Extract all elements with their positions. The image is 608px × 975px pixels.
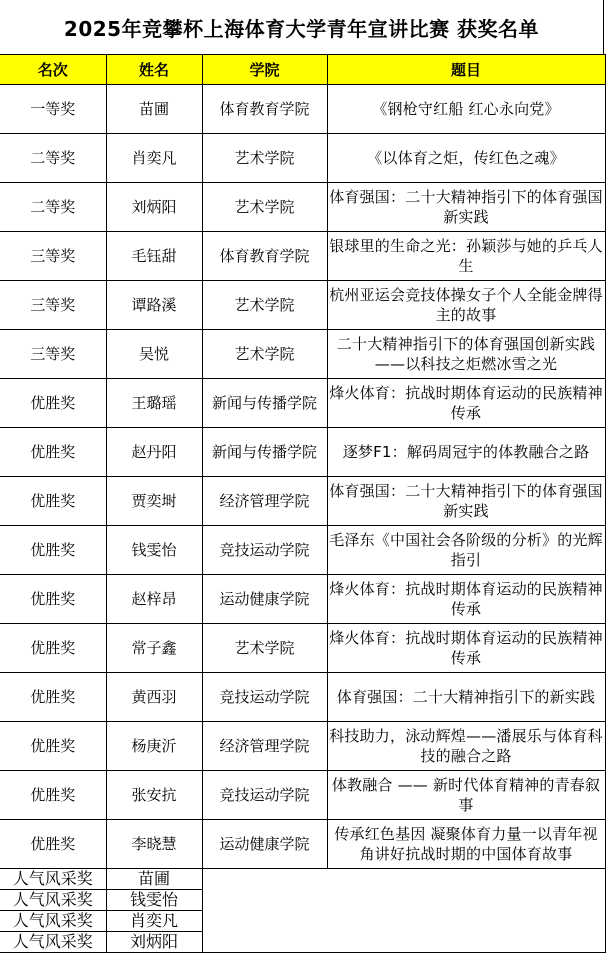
awards-table: 名次 姓名 学院 题目 一等奖 苗圃 体育教育学院 《钢枪守红船 红心永向党》 … xyxy=(0,54,606,953)
table-row: 优胜奖 贾奕埘 经济管理学院 体育强国：二十大精神指引下的体育强国新实践 xyxy=(0,477,605,526)
college-cell: 艺术学院 xyxy=(202,281,327,330)
topic-cell: 二十大精神指引下的体育强国创新实践——以科技之炬燃冰雪之光 xyxy=(327,330,605,379)
table-row: 二等奖 肖奕凡 艺术学院 《以体育之炬，传红色之魂》 xyxy=(0,134,605,183)
topic-cell: 体育强国：二十大精神指引下的体育强国新实践 xyxy=(327,183,605,232)
topic-cell: 《钢枪守红船 红心永向党》 xyxy=(327,85,605,134)
table-row: 优胜奖 赵丹阳 新闻与传播学院 逐梦F1：解码周冠宇的体教融合之路 xyxy=(0,428,605,477)
college-cell: 经济管理学院 xyxy=(202,477,327,526)
college-cell: 运动健康学院 xyxy=(202,820,327,869)
topic-cell: 烽火体育：抗战时期体育运动的民族精神传承 xyxy=(327,624,605,673)
empty-merged-cell xyxy=(202,869,605,953)
college-cell: 体育教育学院 xyxy=(202,85,327,134)
topic-cell: 体育强国：二十大精神指引下的体育强国新实践 xyxy=(327,477,605,526)
table-row: 优胜奖 赵梓昂 运动健康学院 烽火体育：抗战时期体育运动的民族精神传承 xyxy=(0,575,605,624)
table-row: 三等奖 谭路溪 艺术学院 杭州亚运会竞技体操女子个人全能金牌得主的故事 xyxy=(0,281,605,330)
college-cell: 体育教育学院 xyxy=(202,232,327,281)
topic-cell: 《以体育之炬，传红色之魂》 xyxy=(327,134,605,183)
column-header-college: 学院 xyxy=(202,55,327,85)
topic-cell: 体教融合 —— 新时代体育精神的青春叙事 xyxy=(327,771,605,820)
topic-cell: 烽火体育：抗战时期体育运动的民族精神传承 xyxy=(327,379,605,428)
name-cell: 肖奕凡 xyxy=(106,134,202,183)
college-cell: 艺术学院 xyxy=(202,624,327,673)
name-cell: 常子鑫 xyxy=(106,624,202,673)
name-cell: 钱雯怡 xyxy=(106,526,202,575)
college-cell: 竞技运动学院 xyxy=(202,526,327,575)
topic-cell: 体育强国：二十大精神指引下的新实践 xyxy=(327,673,605,722)
column-header-rank: 名次 xyxy=(0,55,106,85)
table-row: 一等奖 苗圃 体育教育学院 《钢枪守红船 红心永向党》 xyxy=(0,85,605,134)
rank-cell: 三等奖 xyxy=(0,232,106,281)
topic-cell: 银球里的生命之光：孙颖莎与她的乒乓人生 xyxy=(327,232,605,281)
header-row: 名次 姓名 学院 题目 xyxy=(0,55,605,85)
name-cell: 李晓慧 xyxy=(106,820,202,869)
table-row: 二等奖 刘炳阳 艺术学院 体育强国：二十大精神指引下的体育强国新实践 xyxy=(0,183,605,232)
rank-cell: 优胜奖 xyxy=(0,477,106,526)
rank-cell: 优胜奖 xyxy=(0,379,106,428)
name-cell: 贾奕埘 xyxy=(106,477,202,526)
table-row: 优胜奖 杨庚沂 经济管理学院 科技助力，泳动辉煌——潘展乐与体育科技的融合之路 xyxy=(0,722,605,771)
college-cell: 艺术学院 xyxy=(202,183,327,232)
college-cell: 运动健康学院 xyxy=(202,575,327,624)
college-cell: 竞技运动学院 xyxy=(202,673,327,722)
table-row: 优胜奖 常子鑫 艺术学院 烽火体育：抗战时期体育运动的民族精神传承 xyxy=(0,624,605,673)
popularity-row: 人气风采奖 苗圃 xyxy=(0,869,605,890)
rank-cell: 三等奖 xyxy=(0,281,106,330)
name-cell: 赵丹阳 xyxy=(106,428,202,477)
name-cell: 毛钰甜 xyxy=(106,232,202,281)
table-row: 优胜奖 李晓慧 运动健康学院 传承红色基因 凝聚体育力量一以青年视角讲好抗战时期… xyxy=(0,820,605,869)
topic-cell: 逐梦F1：解码周冠宇的体教融合之路 xyxy=(327,428,605,477)
college-cell: 新闻与传播学院 xyxy=(202,428,327,477)
rank-cell: 优胜奖 xyxy=(0,771,106,820)
name-cell: 赵梓昂 xyxy=(106,575,202,624)
table-row: 优胜奖 王璐瑶 新闻与传播学院 烽火体育：抗战时期体育运动的民族精神传承 xyxy=(0,379,605,428)
column-header-topic: 题目 xyxy=(327,55,605,85)
rank-cell: 一等奖 xyxy=(0,85,106,134)
rank-cell: 优胜奖 xyxy=(0,624,106,673)
rank-cell: 优胜奖 xyxy=(0,428,106,477)
name-cell: 刘炳阳 xyxy=(106,183,202,232)
table-row: 三等奖 毛钰甜 体育教育学院 银球里的生命之光：孙颖莎与她的乒乓人生 xyxy=(0,232,605,281)
popularity-name-cell: 刘炳阳 xyxy=(106,932,202,953)
rank-cell: 优胜奖 xyxy=(0,575,106,624)
college-cell: 经济管理学院 xyxy=(202,722,327,771)
rank-cell: 优胜奖 xyxy=(0,820,106,869)
popularity-name-cell: 苗圃 xyxy=(106,869,202,890)
sheet-title: 2025年竞攀杯上海体育大学青年宣讲比赛 获奖名单 xyxy=(0,0,604,54)
column-header-name: 姓名 xyxy=(106,55,202,85)
rank-cell: 优胜奖 xyxy=(0,526,106,575)
table-row: 优胜奖 黄西羽 竞技运动学院 体育强国：二十大精神指引下的新实践 xyxy=(0,673,605,722)
topic-cell: 烽火体育：抗战时期体育运动的民族精神传承 xyxy=(327,575,605,624)
name-cell: 黄西羽 xyxy=(106,673,202,722)
topic-cell: 科技助力，泳动辉煌——潘展乐与体育科技的融合之路 xyxy=(327,722,605,771)
popularity-name-cell: 钱雯怡 xyxy=(106,890,202,911)
name-cell: 苗圃 xyxy=(106,85,202,134)
table-row: 优胜奖 张安抗 竞技运动学院 体教融合 —— 新时代体育精神的青春叙事 xyxy=(0,771,605,820)
name-cell: 张安抗 xyxy=(106,771,202,820)
rank-cell: 优胜奖 xyxy=(0,673,106,722)
name-cell: 吴悦 xyxy=(106,330,202,379)
name-cell: 谭路溪 xyxy=(106,281,202,330)
table-row: 三等奖 吴悦 艺术学院 二十大精神指引下的体育强国创新实践——以科技之炬燃冰雪之… xyxy=(0,330,605,379)
rank-cell: 二等奖 xyxy=(0,183,106,232)
topic-cell: 传承红色基因 凝聚体育力量一以青年视角讲好抗战时期的中国体育故事 xyxy=(327,820,605,869)
topic-cell: 毛泽东《中国社会各阶级的分析》的光辉指引 xyxy=(327,526,605,575)
table-row: 优胜奖 钱雯怡 竞技运动学院 毛泽东《中国社会各阶级的分析》的光辉指引 xyxy=(0,526,605,575)
name-cell: 王璐瑶 xyxy=(106,379,202,428)
popularity-rank-cell: 人气风采奖 xyxy=(0,911,106,932)
rank-cell: 三等奖 xyxy=(0,330,106,379)
college-cell: 艺术学院 xyxy=(202,330,327,379)
college-cell: 竞技运动学院 xyxy=(202,771,327,820)
popularity-rank-cell: 人气风采奖 xyxy=(0,869,106,890)
popularity-rank-cell: 人气风采奖 xyxy=(0,932,106,953)
topic-cell: 杭州亚运会竞技体操女子个人全能金牌得主的故事 xyxy=(327,281,605,330)
college-cell: 艺术学院 xyxy=(202,134,327,183)
popularity-rank-cell: 人气风采奖 xyxy=(0,890,106,911)
popularity-name-cell: 肖奕凡 xyxy=(106,911,202,932)
rank-cell: 二等奖 xyxy=(0,134,106,183)
rank-cell: 优胜奖 xyxy=(0,722,106,771)
name-cell: 杨庚沂 xyxy=(106,722,202,771)
college-cell: 新闻与传播学院 xyxy=(202,379,327,428)
